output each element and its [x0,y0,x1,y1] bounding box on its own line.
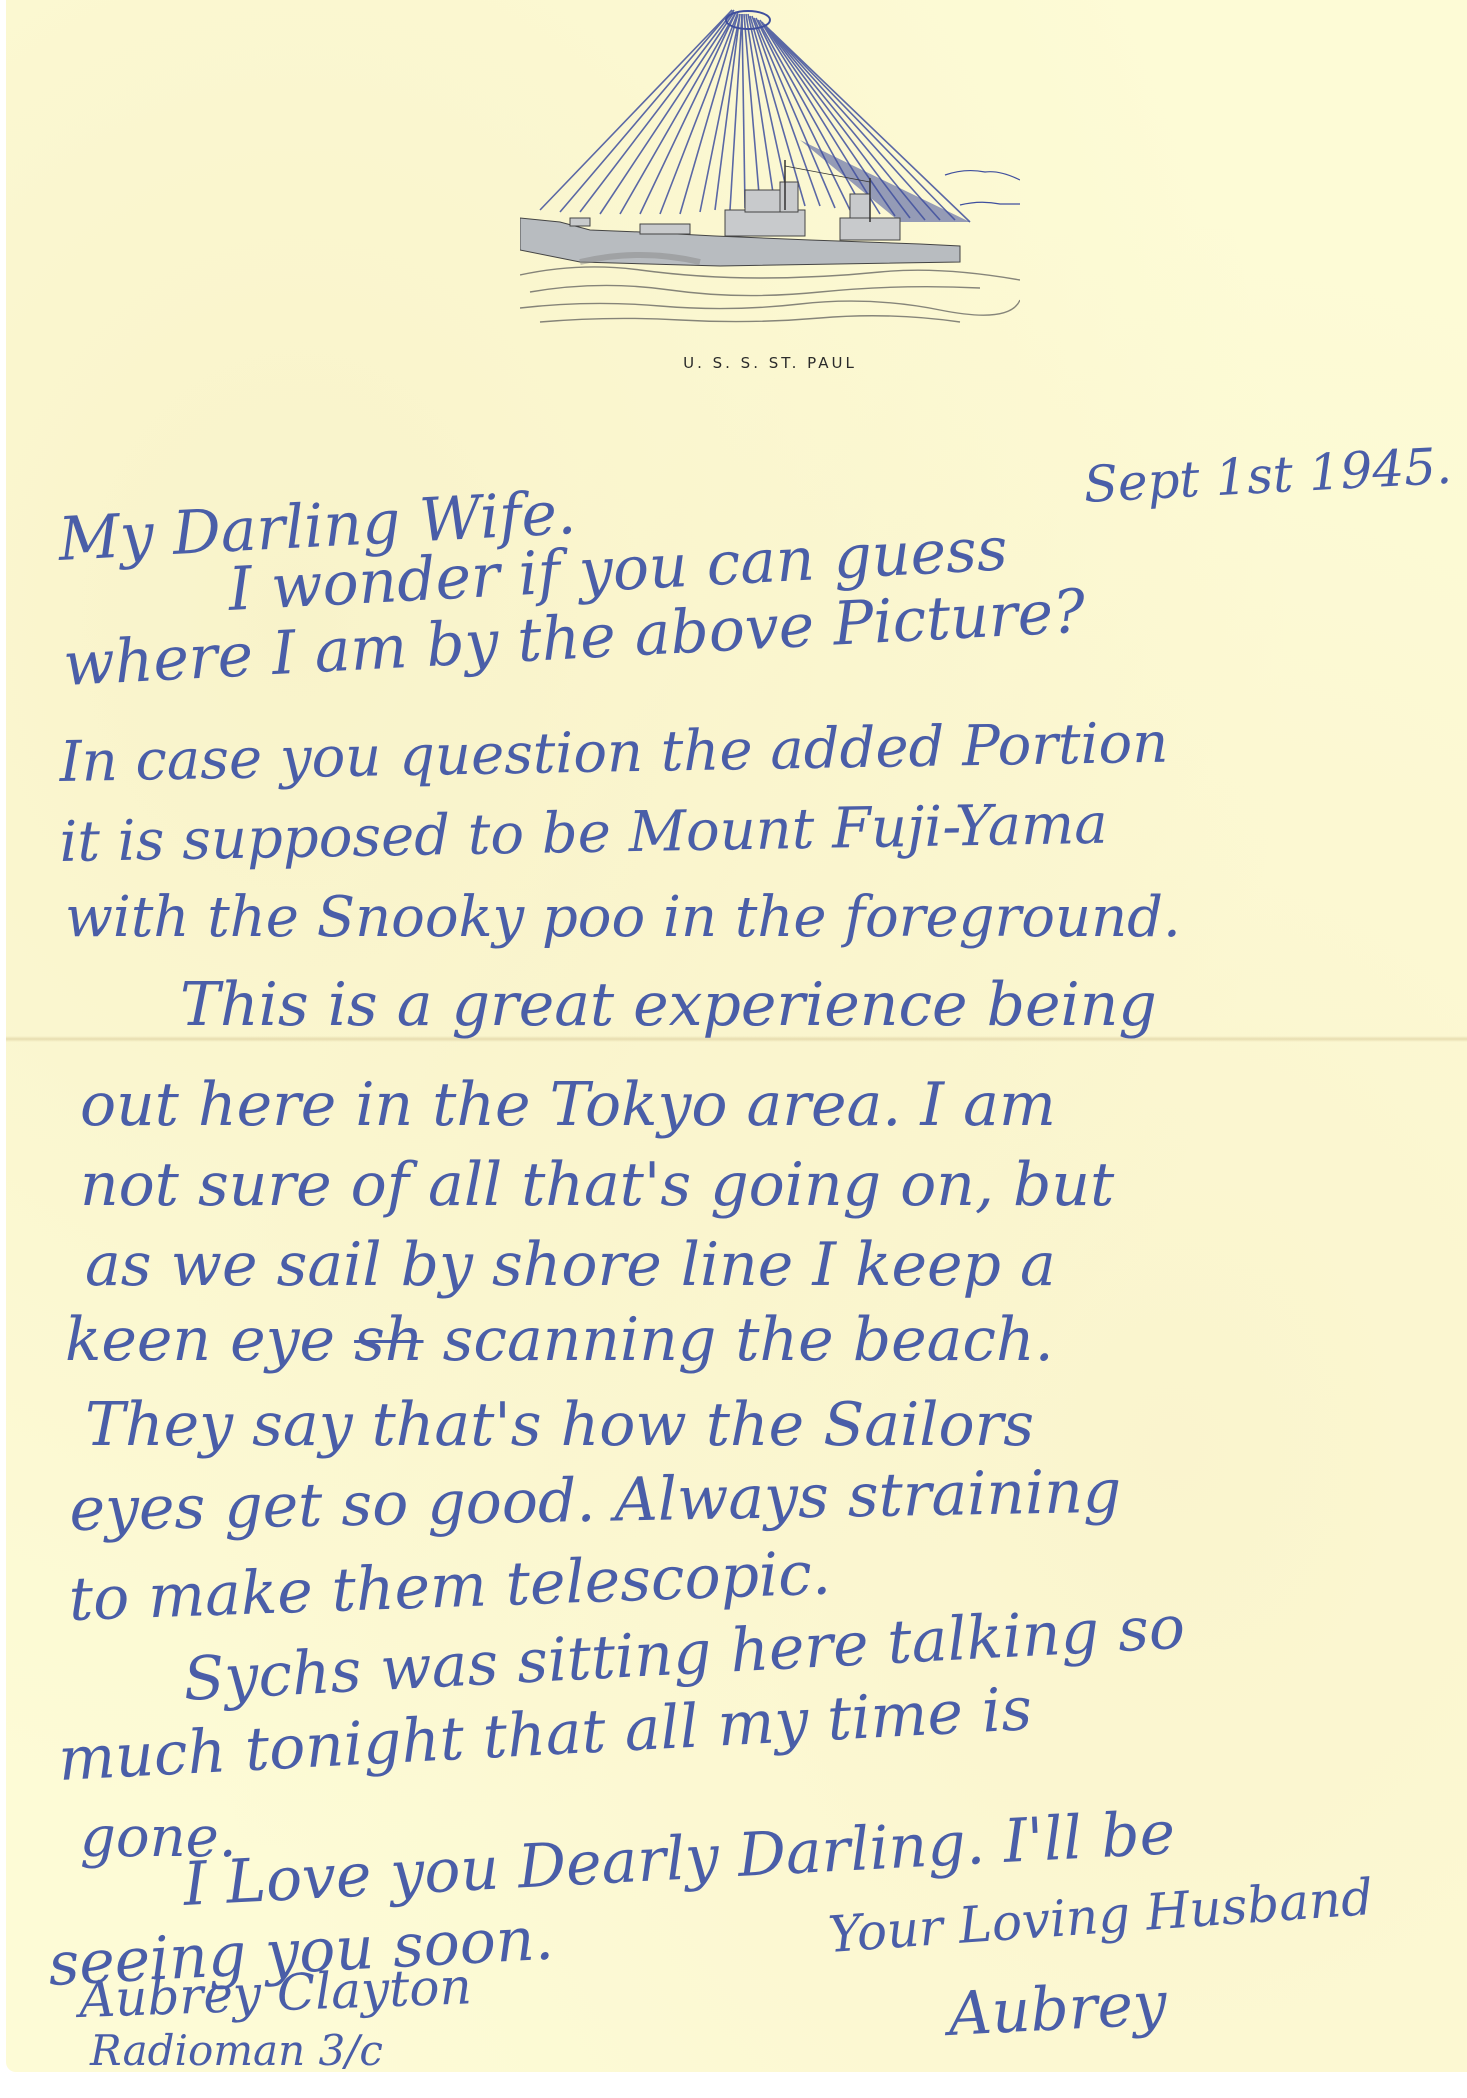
letterhead: U. S. S. ST. PAUL [520,0,1020,420]
letter-line: as we sail by shore line I keep a [85,1235,1056,1295]
letter-line: eyes get so good. Always straining [69,1462,1122,1540]
letter-line: This is a great experience being [180,975,1157,1035]
letter-line: They say that's how the Sailors [85,1395,1034,1455]
letter-line: with the Snooky poo in the foreground. [65,890,1181,946]
letter-line: scanning the beach. [443,1305,1054,1375]
letter-line: not sure of all that's going on, but [80,1155,1114,1215]
sender-rank: Radioman 3/c [90,2030,383,2072]
letter-signature: Aubrey [947,1974,1168,2045]
letter-line: keen eye [65,1305,335,1375]
sender-name: Aubrey Clayton [78,1961,472,2025]
ship-name-caption: U. S. S. ST. PAUL [520,354,1020,372]
letter-line: out here in the Tokyo area. I am [80,1075,1056,1135]
ship-mountain-illustration-icon [520,0,1020,340]
letter-line-part: keen eye sh scanning the beach. [65,1310,1054,1370]
struck-out-word: sh [354,1305,423,1375]
